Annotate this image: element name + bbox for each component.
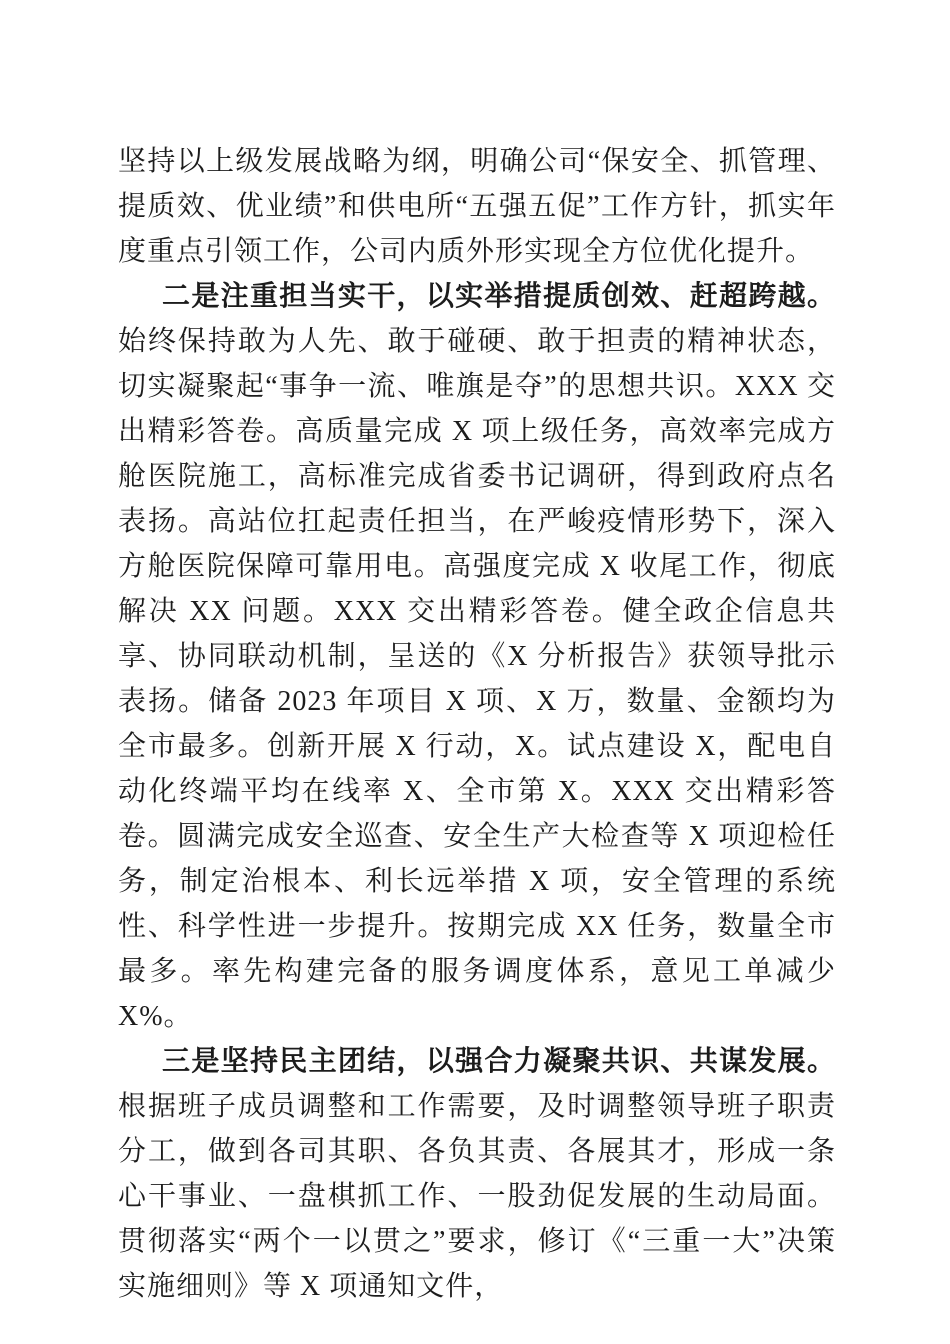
paragraph-second-point-text: 始终保持敢为人先、敢于碰硬、敢于担责的精神状态，切实凝聚起“事争一流、唯旗是夺”… xyxy=(118,326,836,1032)
document-body: 坚持以上级发展战略为纲，明确公司“保安全、抓管理、提质效、优业绩”和供电所“五强… xyxy=(118,139,836,1309)
paragraph-third-point-text: 根据班子成员调整和工作需要，及时调整领导班子职责分工，做到各司其职、各负其责、各… xyxy=(118,1091,836,1302)
paragraph-continuation-text: 坚持以上级发展战略为纲，明确公司“保安全、抓管理、提质效、优业绩”和供电所“五强… xyxy=(118,146,836,267)
paragraph-third-point-lead: 三是坚持民主团结，以强合力凝聚共识、共谋发展。 xyxy=(162,1046,836,1077)
paragraph-continuation: 坚持以上级发展战略为纲，明确公司“保安全、抓管理、提质效、优业绩”和供电所“五强… xyxy=(118,139,836,274)
paragraph-second-point: 二是注重担当实干，以实举措提质创效、赶超跨越。始终保持敢为人先、敢于碰硬、敢于担… xyxy=(118,274,836,1039)
paragraph-second-point-lead: 二是注重担当实干，以实举措提质创效、赶超跨越。 xyxy=(162,281,836,312)
document-page: 坚持以上级发展战略为纲，明确公司“保安全、抓管理、提质效、优业绩”和供电所“五强… xyxy=(0,0,950,1344)
paragraph-third-point: 三是坚持民主团结，以强合力凝聚共识、共谋发展。根据班子成员调整和工作需要，及时调… xyxy=(118,1039,836,1309)
